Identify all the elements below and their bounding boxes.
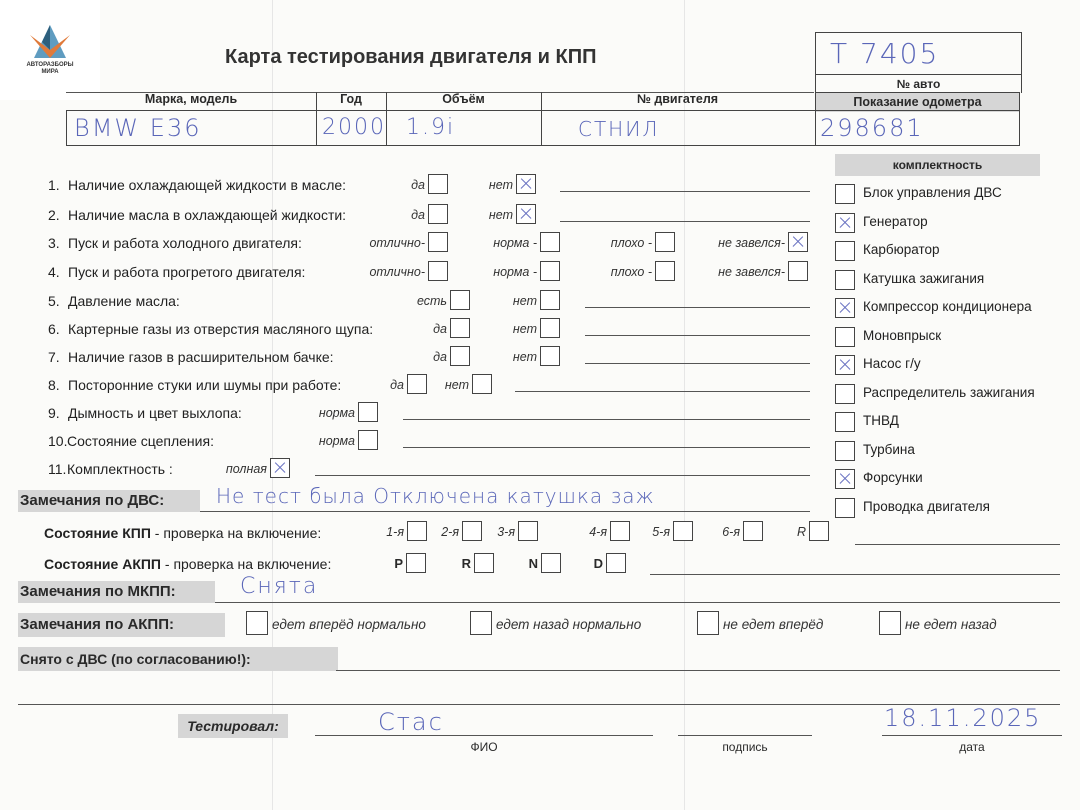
check-row-text: Наличие охлаждающей жидкости в масле:: [68, 177, 346, 193]
completeness-checkbox[interactable]: [835, 384, 855, 404]
option-label: нет: [396, 208, 513, 222]
remark-line[interactable]: [515, 391, 810, 392]
check-row-label: 2.: [48, 207, 60, 223]
mkpp-remarks-label: Замечания по МКПП:: [18, 581, 215, 603]
completeness-item: Насос г/у: [863, 356, 921, 371]
engine-remarks-value[interactable]: Не тест была Отключена катушка заж: [216, 484, 655, 508]
gear-label: 6-я: [703, 525, 740, 539]
completeness-item: Форсунки: [863, 470, 923, 485]
check-row-text: Пуск и работа прогретого двигателя:: [68, 264, 305, 280]
completeness-checkbox[interactable]: [835, 441, 855, 461]
page-title: Карта тестирования двигателя и КПП: [225, 46, 596, 69]
option-label: нет: [420, 350, 537, 364]
gear-label: 4-я: [570, 525, 607, 539]
check-row-text: Наличие газов в расширительном бачке:: [68, 349, 334, 365]
date-caption: дата: [882, 740, 1062, 754]
logo-text-2: МИРА: [0, 69, 100, 75]
signature-field[interactable]: [678, 712, 812, 734]
option-label: норма: [238, 434, 355, 448]
signature-caption: подпись: [678, 740, 812, 754]
option-label: полная: [150, 462, 267, 476]
akpp-remark-checkbox[interactable]: [697, 611, 719, 635]
make-model-value[interactable]: BMW E36: [74, 110, 201, 146]
completeness-checkbox[interactable]: [835, 327, 855, 347]
check-row-label: 11.: [48, 461, 66, 477]
gear-checkbox[interactable]: [541, 553, 561, 573]
completeness-checkbox[interactable]: [835, 355, 855, 375]
akpp-remark-checkbox[interactable]: [246, 611, 268, 635]
checkbox[interactable]: [270, 458, 290, 478]
check-row-label: 4.: [48, 264, 60, 280]
gear-label: 2-я: [422, 525, 459, 539]
completeness-item: Блок управления ДВС: [863, 185, 1002, 200]
check-row-label: 7.: [48, 349, 60, 365]
completeness-checkbox[interactable]: [835, 469, 855, 489]
option-label: нет: [352, 378, 469, 392]
check-row-label: 1.: [48, 177, 60, 193]
checkbox[interactable]: [540, 346, 560, 366]
gear-label: N: [521, 556, 538, 571]
check-row-label: 6.: [48, 321, 60, 337]
remark-line[interactable]: [560, 191, 810, 192]
date-value[interactable]: 18.11.2025: [884, 704, 1041, 732]
check-row-label: 5.: [48, 293, 60, 309]
gear-label: R: [454, 556, 471, 571]
completeness-title: комплектность: [835, 154, 1040, 176]
gear-checkbox[interactable]: [606, 553, 626, 573]
completeness-checkbox[interactable]: [835, 184, 855, 204]
akpp-remark-option: едет вперёд нормально: [272, 617, 426, 632]
gear-label: 1-я: [367, 525, 404, 539]
option-label: не завелся-: [668, 265, 785, 279]
completeness-item: ТНВД: [863, 413, 899, 428]
akpp-remark-option: не едет вперёд: [723, 617, 823, 632]
remark-line[interactable]: [585, 363, 810, 364]
completeness-item: Турбина: [863, 442, 915, 457]
gear-label: 3-я: [478, 525, 515, 539]
check-row-text: Состояние сцепления:: [67, 433, 214, 449]
vehicle-header-table: Марка, модель Год Объём № двигателя Пока…: [66, 90, 1020, 148]
checkbox[interactable]: [358, 430, 378, 450]
completeness-checkbox[interactable]: [835, 241, 855, 261]
remark-line[interactable]: [560, 221, 810, 222]
odometer-value[interactable]: 298681: [820, 110, 924, 146]
col-year: Год: [316, 92, 386, 112]
akpp-label: Состояние АКПП - проверка на включение:: [44, 556, 331, 572]
completeness-item: Проводка двигателя: [863, 499, 990, 514]
check-row-label: 8.: [48, 377, 60, 393]
mkpp-remarks-value[interactable]: Снята: [240, 574, 318, 599]
akpp-remark-option: едет назад нормально: [496, 617, 641, 632]
col-make-model: Марка, модель: [66, 92, 316, 112]
option-label: плохо -: [535, 236, 652, 250]
completeness-item: Моновпрыск: [863, 328, 941, 343]
logo-text: АВТОРАЗБОРЫ: [0, 62, 100, 68]
completeness-checkbox[interactable]: [835, 213, 855, 233]
akpp-remarks-label: Замечания по АКПП:: [18, 613, 225, 637]
completeness-checkbox[interactable]: [835, 298, 855, 318]
check-row-label: 9.: [48, 405, 60, 421]
option-label: норма: [238, 406, 355, 420]
gear-label: P: [386, 556, 403, 571]
option-label: отлично-: [308, 265, 425, 279]
completeness-item: Компрессор кондиционера: [863, 299, 1032, 314]
completeness-item: Карбюратор: [863, 242, 940, 257]
checkbox[interactable]: [788, 232, 808, 252]
volume-value[interactable]: 1.9i: [406, 110, 455, 146]
logo-icon: [0, 0, 100, 70]
option-label: нет: [420, 294, 537, 308]
gear-checkbox[interactable]: [673, 521, 693, 541]
option-label: отлично-: [308, 236, 425, 250]
col-engine-number: № двигателя: [541, 92, 814, 112]
check-row-label: 10.: [48, 433, 67, 449]
option-label: не завелся-: [668, 236, 785, 250]
tester-name-value[interactable]: Стас: [378, 708, 444, 736]
remark-line[interactable]: [403, 419, 810, 420]
option-label: плохо -: [535, 265, 652, 279]
checkbox[interactable]: [472, 374, 492, 394]
checkbox[interactable]: [540, 290, 560, 310]
name-caption: ФИО: [315, 740, 653, 754]
remark-line[interactable]: [585, 307, 810, 308]
option-label: норма -: [420, 236, 537, 250]
year-value[interactable]: 2000: [322, 110, 386, 146]
option-label: нет: [396, 178, 513, 192]
gear-label: 5-я: [633, 525, 670, 539]
completeness-checkbox[interactable]: [835, 498, 855, 518]
completeness-checkbox[interactable]: [835, 270, 855, 290]
completeness-item: Катушка зажигания: [863, 271, 984, 286]
option-label: нет: [420, 322, 537, 336]
auto-number-box: Т 7405: [815, 32, 1022, 75]
checkbox[interactable]: [540, 318, 560, 338]
akpp-remark-checkbox[interactable]: [470, 611, 492, 635]
completeness-item: Генератор: [863, 214, 928, 229]
col-odometer: Показание одометра: [815, 92, 1020, 112]
checkbox[interactable]: [516, 204, 536, 224]
gear-label: D: [586, 556, 603, 571]
col-volume: Объём: [386, 92, 541, 112]
check-row-text: Пуск и работа холодного двигателя:: [68, 235, 302, 251]
check-row-text: Дымность и цвет выхлопа:: [68, 405, 242, 421]
completeness-item: Распределитель зажигания: [863, 385, 1035, 400]
gear-checkbox[interactable]: [743, 521, 763, 541]
checkbox[interactable]: [358, 402, 378, 422]
completeness-checkbox[interactable]: [835, 412, 855, 432]
tested-by-label: Тестировал:: [178, 714, 288, 738]
gear-checkbox[interactable]: [809, 521, 829, 541]
gear-checkbox[interactable]: [610, 521, 630, 541]
remark-line[interactable]: [315, 475, 810, 476]
engine-remarks-label: Замечания по ДВС:: [18, 490, 200, 512]
remark-line[interactable]: [585, 335, 810, 336]
auto-number-value: Т 7405: [816, 33, 1021, 75]
kpp-label: Состояние КПП - проверка на включение:: [44, 525, 321, 541]
akpp-remark-option: не едет назад: [905, 617, 997, 632]
logo: АВТОРАЗБОРЫ МИРА: [0, 0, 100, 100]
remark-line[interactable]: [403, 447, 810, 448]
akpp-remark-checkbox[interactable]: [879, 611, 901, 635]
check-row-text: Картерные газы из отверстия масляного щу…: [68, 321, 373, 337]
check-row-label: 3.: [48, 235, 60, 251]
check-row-text: Наличие масла в охлаждающей жидкости:: [68, 207, 346, 223]
gear-checkbox[interactable]: [474, 553, 494, 573]
checkbox[interactable]: [516, 174, 536, 194]
gear-label: R: [769, 525, 806, 539]
option-label: норма -: [420, 265, 537, 279]
engine-number-value[interactable]: СТНИЛ: [578, 110, 659, 148]
checkbox[interactable]: [788, 261, 808, 281]
removed-label: Снято с ДВС (по согласованию!):: [18, 647, 338, 671]
check-row-text: Давление масла:: [68, 293, 180, 309]
gear-checkbox[interactable]: [518, 521, 538, 541]
gear-checkbox[interactable]: [406, 553, 426, 573]
